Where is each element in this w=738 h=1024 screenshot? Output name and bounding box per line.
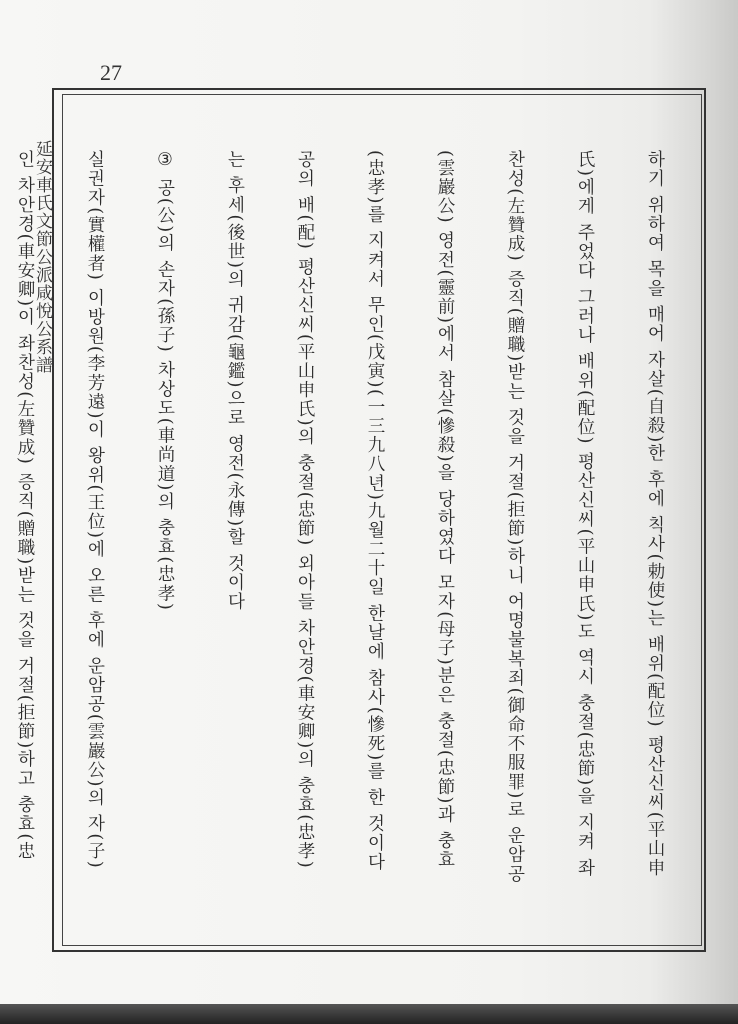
text-column: 공의 배(配) 평산신씨(平山申氏)의 충절(忠節) 외아들 차안경(車安卿)의… <box>270 150 340 940</box>
text-column: 는 후세(後世)의 귀감(龜鑑)으로 영전(永傳)할 것이다 <box>200 150 270 940</box>
text-column: 氏)에게 주었다 그러나 배위(配位) 평산신씨(平山申氏)도 역시 충절(忠節… <box>550 150 620 940</box>
text-column: 인 차안경(車安卿)이 좌찬성(左贊成) 증직(贈職)받는 것을 거절(拒節)하… <box>0 150 60 940</box>
text-column: (雲巖公) 영전(靈前)에서 참살(慘殺)을 당하였다 모자(母子)분은 충절(… <box>410 150 480 940</box>
text-column: (忠孝)를 지켜서 무인(戊寅)(一三九八년)九월二十일 한날에 참사(慘死)를… <box>340 150 410 940</box>
body-text: 하기 위하여 목을 매어 자살(自殺)한 후에 칙사(勅使)는 배위(配位) 평… <box>80 150 690 940</box>
text-column: 하기 위하여 목을 매어 자살(自殺)한 후에 칙사(勅使)는 배위(配位) 평… <box>620 150 690 940</box>
scan-edge-shadow <box>0 1004 738 1024</box>
text-column: 찬성(左贊成) 증직(贈職)받는 것을 거절(拒節)하니 어명불복죄(御命不服罪… <box>480 150 550 940</box>
text-column: 실권자(實權者) 이방원(李芳遠)이 왕위(王位)에 오른 후에 운암공(雲巖公… <box>60 150 130 940</box>
page-number: 27 <box>100 60 122 86</box>
section-heading: ③ 공(公)의 손자(孫子) 차상도(車尚道)의 충효(忠孝) <box>130 150 200 940</box>
